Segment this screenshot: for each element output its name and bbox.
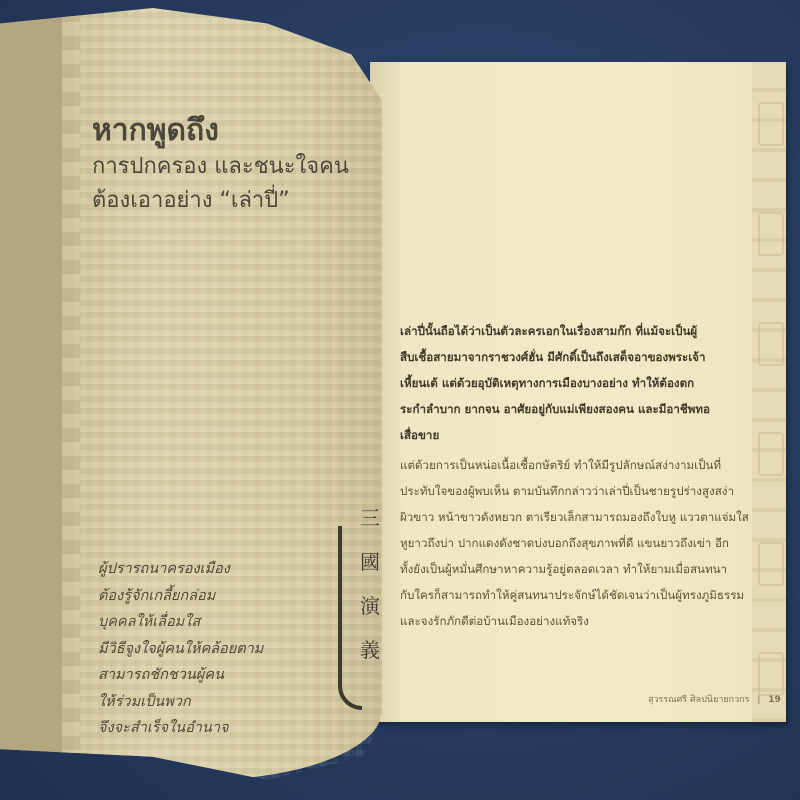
text-line: หูยาวถึงบ่า ปากแดงดังชาดบ่งบอกถึงสุขภาพท… (400, 530, 770, 556)
poem-line: จึงจะสำเร็จในอำนาจ (98, 715, 263, 742)
poem-line: สามารถชักชวนผู้คน (98, 662, 263, 689)
page-footer: สุวรรณศรี ศิลปนิยายกวกร | 19 (648, 692, 781, 706)
paragraph-1: เล่าปี่นั้นถือได้ว่าเป็นตัวละครเอกในเรื่… (400, 318, 770, 448)
deckled-edge (62, 8, 80, 780)
seal-character: 國 (358, 540, 382, 584)
heading-title: หากพูดถึง (92, 112, 349, 150)
meander-ornament-icon (758, 102, 784, 146)
heading-line-1: การปกครอง และชนะใจคน (92, 150, 349, 184)
text-line: ระกำลำบาก ยากจน อาศัยอยู่กับแม่เพียงสองค… (400, 396, 770, 422)
seal-character: 義 (358, 628, 382, 672)
text-line: และจงรักภักดีต่อบ้านเมืองอย่างแท้จริง (400, 608, 770, 634)
poem-block: ผู้ปรารถนาครองเมือง ต้องรู้จักเกลี้ยกล่อ… (98, 556, 263, 742)
poem-line: ต้องรู้จักเกลี้ยกล่อม (98, 583, 263, 610)
poem-line: ให้ร่วมเป็นพวก (98, 689, 263, 716)
page-number: 19 (768, 695, 781, 705)
text-line: ผิวขาว หน้าขาวดังหยวก ตาเรียวเล็กสามารถม… (400, 504, 770, 530)
running-title: สุวรรณศรี ศิลปนิยายกวกร (648, 695, 749, 705)
poem-line: มีวิธีจูงใจผู้คนให้คล้อยตาม (98, 636, 263, 663)
seal-character: 演 (358, 584, 382, 628)
text-line: เหี้ยนเต้ แต่ด้วยอุบัติเหตุทางการเมืองบา… (400, 370, 770, 396)
text-line: แต่ด้วยการเป็นหน่อเนื้อเชื้อกษัตริย์ ทำใ… (400, 452, 770, 478)
text-line: เสื่อขาย (400, 422, 770, 448)
text-line: สืบเชื้อสายมาจากราชวงศ์ฮั่น มีศักดิ์เป็น… (400, 344, 770, 370)
meander-ornament-icon (758, 212, 784, 256)
chapter-heading: หากพูดถึง การปกครอง และชนะใจคน ต้องเอาอย… (92, 112, 349, 218)
text-line: กับใครก็สามารถทำให้คู่สนทนาประจักษ์ได้ชั… (400, 582, 770, 608)
text-line: เล่าปี่นั้นถือได้ว่าเป็นตัวละครเอกในเรื่… (400, 318, 770, 344)
footer-separator: | (757, 695, 760, 705)
poem-line: บุคคลให้เลื่อมใส (98, 609, 263, 636)
paragraph-2: แต่ด้วยการเป็นหน่อเนื้อเชื้อกษัตริย์ ทำใ… (400, 452, 770, 634)
text-line: ทั้งยังเป็นผู้หมั่นศึกษาหาความรู้อยู่ตลอ… (400, 556, 770, 582)
calligraphy-seal: 三 國 演 義 (336, 496, 382, 716)
seal-character: 三 (358, 496, 382, 540)
text-line: ประทับใจของผู้พบเห็น ตามบันทึกกล่าวว่าเล… (400, 478, 770, 504)
heading-line-2: ต้องเอาอย่าง “เล่าปี่” (92, 184, 349, 218)
poem-line: ผู้ปรารถนาครองเมือง (98, 556, 263, 583)
meander-ornament-icon (758, 652, 784, 696)
